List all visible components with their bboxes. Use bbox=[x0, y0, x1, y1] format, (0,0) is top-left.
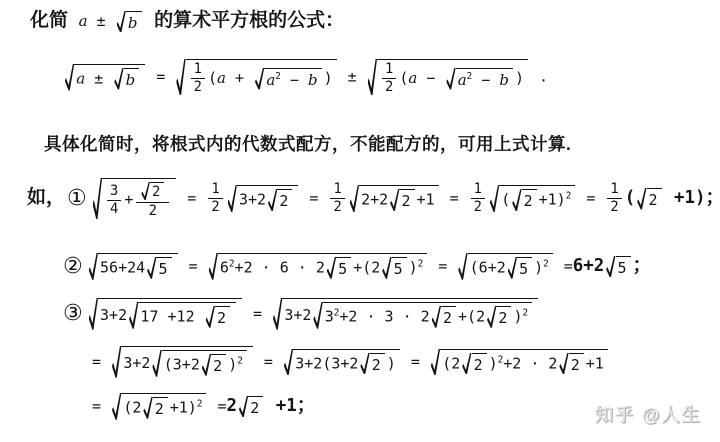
radicand: 3+217 +12 2 bbox=[98, 298, 242, 330]
math-text: ) bbox=[534, 258, 543, 276]
math-text: 2 bbox=[524, 192, 533, 210]
math-variable: b bbox=[308, 71, 318, 89]
math-text: = bbox=[555, 257, 573, 275]
sqrt-radical: 12(a + a2 − b) bbox=[176, 59, 336, 95]
math-text: ± bbox=[85, 69, 112, 87]
math-variable: b bbox=[128, 14, 138, 32]
numerator: 1 bbox=[607, 182, 621, 198]
math-text: − bbox=[281, 71, 308, 89]
math-text: − bbox=[417, 69, 444, 87]
math-text: 3+2 bbox=[284, 306, 311, 324]
fraction: 12 bbox=[330, 182, 344, 215]
sqrt-radical: 2 bbox=[360, 353, 384, 375]
math-text: = bbox=[244, 304, 271, 322]
sqrt-radical: 2 bbox=[143, 397, 167, 419]
math-text: = bbox=[92, 352, 110, 370]
sqrt-radical: a2 − b bbox=[255, 68, 322, 90]
sqrt-radical: 3+232+2 · 3 · 22+(22)2 bbox=[273, 298, 538, 330]
denominator: 2 bbox=[607, 198, 621, 215]
math-text: 2 bbox=[194, 79, 202, 95]
sqrt-radical: 2 bbox=[432, 306, 456, 328]
math-text: +1 bbox=[586, 354, 604, 372]
sqrt-radical: a ± b bbox=[65, 64, 145, 91]
example-3-line-3: = (22+1)2 =22 +1； bbox=[92, 392, 316, 421]
math-text: 2 bbox=[474, 356, 483, 374]
circled-number: ① bbox=[67, 186, 87, 211]
math-text: 2 bbox=[571, 356, 580, 374]
sqrt-radical: 17 +12 2 bbox=[129, 302, 236, 329]
sqrt-radical: 3+22 bbox=[228, 185, 299, 212]
radicand: a2 − b bbox=[264, 68, 321, 90]
math-text: 2 bbox=[401, 192, 410, 210]
math-text: ) bbox=[387, 354, 396, 372]
document-page: 化简 a ± b 的算术平方根的公式： a ± b = 12(a + a2 − … bbox=[0, 0, 720, 442]
math-text: 3+2 bbox=[100, 306, 127, 324]
sqrt-radical: 62+2 · 6 · 25+(25)2 bbox=[209, 253, 428, 280]
math-text: . bbox=[530, 68, 548, 86]
numerator: 1 bbox=[382, 62, 396, 78]
math-text: 2 bbox=[333, 199, 341, 215]
cjk-text: 的算术平方根的公式： bbox=[144, 10, 345, 31]
math-text: 2 bbox=[149, 203, 157, 219]
radicand: 3+232+2 · 3 · 22+(22)2 bbox=[282, 298, 538, 330]
radicand: 62+2 · 6 · 25+(25)2 bbox=[218, 253, 427, 280]
radicand: 2 bbox=[399, 189, 414, 211]
radicand: 56+245 bbox=[98, 253, 177, 280]
math-text: (3+2 bbox=[164, 355, 200, 373]
circled-number: ③ bbox=[63, 301, 83, 326]
math-text: = bbox=[402, 352, 429, 370]
sqrt-radical: 5 bbox=[508, 257, 532, 279]
math-text: 2 bbox=[610, 199, 618, 215]
sqrt-radical: 2 bbox=[390, 189, 414, 211]
math-text: +1) bbox=[539, 191, 566, 209]
math-text: 5 bbox=[618, 259, 627, 277]
math-text: ( bbox=[501, 191, 510, 209]
math-text: = bbox=[180, 257, 207, 275]
numerator: 1 bbox=[330, 182, 344, 198]
sqrt-radical: 2 bbox=[559, 353, 583, 375]
radicand: 2 bbox=[496, 306, 511, 328]
sqrt-radical: 2 bbox=[268, 189, 292, 211]
sqrt-radical: 12(a − a2 − b) bbox=[368, 59, 528, 95]
math-text: 56+24 bbox=[100, 258, 145, 276]
cjk-text: 化简 bbox=[30, 10, 79, 31]
radicand: 5 bbox=[517, 257, 532, 279]
radicand: 32+2 · 3 · 22+(22)2 bbox=[323, 302, 532, 329]
math-text: +(2 bbox=[353, 258, 380, 276]
radicand: 2 bbox=[647, 188, 662, 210]
math-bold-result: 6+2 bbox=[573, 256, 604, 276]
math-text: 2 bbox=[217, 309, 226, 327]
radicand: 2 bbox=[569, 353, 584, 375]
math-text: 4 bbox=[110, 201, 118, 217]
sqrt-radical: 5 bbox=[147, 257, 171, 279]
math-text: 5 bbox=[394, 260, 403, 278]
denominator: 4 bbox=[107, 200, 121, 217]
math-text: 3+2 bbox=[123, 354, 150, 372]
math-text: 2 bbox=[649, 191, 658, 209]
radicand: 17 +12 2 bbox=[138, 302, 236, 329]
radicand: 5 bbox=[156, 257, 171, 279]
sqrt-radical: 34+22 bbox=[93, 178, 177, 219]
cjk-text: ； bbox=[705, 187, 720, 208]
sqrt-radical: 5 bbox=[327, 257, 351, 279]
denominator: 2 bbox=[330, 198, 344, 215]
math-text: 5 bbox=[338, 260, 347, 278]
math-text: 2 bbox=[443, 309, 452, 327]
math-text: 3+2 bbox=[239, 191, 266, 209]
radicand: 2 bbox=[370, 353, 385, 375]
sqrt-radical: 2 bbox=[512, 189, 536, 211]
main-formula-line: a ± b = 12(a + a2 − b) ± 12(a − a2 − b) … bbox=[63, 58, 548, 96]
math-text: 2 bbox=[385, 79, 393, 95]
math-bold-result: ( bbox=[625, 188, 635, 208]
sqrt-radical: b bbox=[117, 11, 142, 33]
math-text: 2 bbox=[279, 192, 288, 210]
radicand: 2 bbox=[153, 397, 168, 419]
math-text: 1 bbox=[194, 61, 202, 77]
math-text: = bbox=[178, 189, 205, 207]
sqrt-radical: 2 bbox=[239, 396, 263, 418]
sqrt-radical: 2 bbox=[141, 182, 164, 200]
math-text: 1 bbox=[211, 181, 219, 197]
sqrt-radical: 3+2(3+22) bbox=[284, 349, 400, 376]
math-text: = bbox=[255, 352, 282, 370]
math-text: +2 · 3 · 2 bbox=[339, 307, 429, 325]
math-text: 5 bbox=[519, 260, 528, 278]
sqrt-radical: 3+217 +12 2 bbox=[89, 298, 242, 330]
radicand: 5 bbox=[392, 257, 407, 279]
math-variable: a bbox=[217, 69, 226, 87]
numerator: 2 bbox=[136, 181, 169, 202]
math-variable: a bbox=[76, 69, 85, 87]
math-text: ± bbox=[339, 68, 366, 86]
example-1-line: 如，①34+22 = 123+22 = 122+22+1 = 12(2+1)2 … bbox=[27, 177, 720, 220]
fraction: 12 bbox=[382, 62, 396, 95]
denominator: 2 bbox=[136, 202, 169, 219]
denominator: 2 bbox=[208, 198, 222, 215]
sqrt-radical: (2+1)2 bbox=[490, 185, 575, 212]
math-text: 5 bbox=[158, 260, 167, 278]
math-text: +1 bbox=[417, 191, 435, 209]
radicand: 12(a + a2 − b) bbox=[186, 59, 337, 95]
math-text: 2+2 bbox=[361, 191, 388, 209]
sqrt-radical: 32+2 · 3 · 22+(22)2 bbox=[313, 302, 532, 329]
radicand: 12(a − a2 − b) bbox=[377, 59, 528, 95]
math-text: 3 bbox=[325, 307, 334, 325]
radicand: 34+22 bbox=[102, 178, 176, 219]
fraction: 12 bbox=[208, 182, 222, 215]
paragraph: 具体化简时，将根式内的代数式配方，不能配方的，可用上式计算. bbox=[44, 131, 571, 156]
radicand: 2 bbox=[215, 306, 230, 328]
fraction: 34 bbox=[107, 184, 121, 217]
sqrt-radical: 3+2(3+22)2 bbox=[112, 346, 253, 378]
math-text: = bbox=[441, 189, 468, 207]
superscript: 2 bbox=[543, 258, 549, 269]
math-text: 2 bbox=[211, 199, 219, 215]
radicand: (2+1)2 bbox=[499, 185, 575, 212]
sqrt-radical: 5 bbox=[382, 257, 406, 279]
math-text: 6 bbox=[220, 258, 229, 276]
math-text: 2 bbox=[213, 357, 222, 375]
sqrt-radical: (3+22)2 bbox=[152, 350, 246, 377]
fraction: 12 bbox=[471, 182, 485, 215]
sqrt-radical: (22)2+2 · 22+1 bbox=[431, 349, 608, 376]
sqrt-radical: 2 bbox=[637, 188, 661, 210]
math-bold-result: 2 bbox=[227, 396, 237, 416]
math-variable: b bbox=[499, 71, 509, 89]
superscript: 2 bbox=[566, 191, 572, 202]
denominator: 2 bbox=[191, 78, 205, 95]
radicand: 2 bbox=[441, 306, 456, 328]
math-variable: a bbox=[79, 12, 88, 30]
radicand: 2 bbox=[472, 353, 487, 375]
math-text: +2 · 2 bbox=[503, 354, 557, 372]
radicand: (22)2+2 · 22+1 bbox=[440, 349, 608, 376]
cjk-text: ； bbox=[297, 395, 316, 416]
math-text: 17 +12 bbox=[140, 307, 203, 325]
math-bold-result: +1 bbox=[265, 396, 296, 416]
superscript: 2 bbox=[237, 355, 243, 366]
radicand: 2 bbox=[248, 396, 263, 418]
radicand: 2 bbox=[150, 182, 164, 200]
sqrt-radical: 56+245 bbox=[89, 253, 178, 280]
math-text: = bbox=[208, 397, 226, 415]
math-text: 1 bbox=[610, 181, 618, 197]
denominator: 2 bbox=[471, 198, 485, 215]
math-variable: b bbox=[126, 71, 136, 89]
superscript: 2 bbox=[418, 258, 424, 269]
math-text: ) bbox=[515, 69, 524, 87]
math-variable: a bbox=[266, 71, 275, 89]
sqrt-radical: 2+22+1 bbox=[350, 185, 439, 212]
title-line: 化简 a ± b 的算术平方根的公式： bbox=[30, 9, 344, 33]
cjk-text: ； bbox=[633, 255, 652, 276]
math-text: (6+2 bbox=[470, 258, 506, 276]
radicand: 2 bbox=[211, 354, 226, 376]
radicand: (3+22)2 bbox=[162, 350, 247, 377]
sqrt-radical: 2 bbox=[487, 306, 511, 328]
math-text: 2 bbox=[155, 400, 164, 418]
sqrt-radical: (6+25)2 bbox=[458, 253, 552, 280]
math-text: 2 bbox=[152, 184, 160, 200]
sqrt-radical: 2 bbox=[462, 353, 486, 375]
math-text: = bbox=[147, 68, 174, 86]
math-text: + bbox=[124, 191, 133, 209]
math-text: ± bbox=[88, 12, 115, 30]
math-text: 1 bbox=[385, 61, 393, 77]
math-text: ) bbox=[324, 69, 333, 87]
radicand: (22+1)2 bbox=[121, 393, 206, 420]
math-bold-result: +1) bbox=[664, 188, 706, 208]
math-text: 3+2(3+2 bbox=[295, 354, 358, 372]
math-text: − bbox=[472, 71, 499, 89]
math-text: 2 bbox=[474, 199, 482, 215]
fraction: 22 bbox=[136, 181, 169, 219]
math-text: = bbox=[92, 397, 110, 415]
radicand: b bbox=[126, 11, 142, 33]
math-text: 2 bbox=[498, 309, 507, 327]
example-3-line-2: = 3+2(3+22)2 = 3+2(3+22) = (22)2+2 · 22+… bbox=[92, 345, 610, 379]
math-text: = bbox=[577, 189, 604, 207]
radicand: 2+22+1 bbox=[359, 185, 438, 212]
math-text: +1) bbox=[170, 398, 197, 416]
sqrt-radical: a2 − b bbox=[446, 68, 513, 90]
fraction: 12 bbox=[607, 182, 621, 215]
fraction: 12 bbox=[191, 62, 205, 95]
math-text: 2 bbox=[250, 399, 259, 417]
radicand: 5 bbox=[336, 257, 351, 279]
math-text: = bbox=[429, 257, 456, 275]
example-3-line-1: ③3+217 +12 2 = 3+232+2 · 3 · 22+(22)2 bbox=[61, 297, 540, 331]
cjk-text: 如， bbox=[27, 187, 65, 208]
radicand: 2 bbox=[277, 189, 292, 211]
math-text: (2 bbox=[442, 354, 460, 372]
sqrt-radical: b bbox=[114, 68, 139, 90]
watermark: 知乎 @人生 bbox=[595, 401, 702, 427]
radicand: (6+25)2 bbox=[468, 253, 553, 280]
sqrt-radical: 2 bbox=[202, 354, 226, 376]
math-text: +(2 bbox=[458, 307, 485, 325]
numerator: 1 bbox=[208, 182, 222, 198]
math-text: = bbox=[300, 189, 327, 207]
radicand: 5 bbox=[616, 256, 631, 278]
radicand: 3+2(3+22) bbox=[293, 349, 400, 376]
radicand: 2 bbox=[522, 189, 537, 211]
math-text: ) bbox=[489, 354, 498, 372]
circled-number: ② bbox=[63, 254, 83, 279]
radicand: 3+2(3+22)2 bbox=[121, 346, 252, 378]
math-text: ( bbox=[208, 69, 217, 87]
math-text: ) bbox=[228, 355, 237, 373]
sqrt-radical: 5 bbox=[606, 256, 630, 278]
math-variable: a bbox=[458, 71, 467, 89]
math-text: ) bbox=[409, 258, 418, 276]
math-variable: a bbox=[408, 69, 417, 87]
radicand: a ± b bbox=[74, 64, 145, 91]
radicand: 3+22 bbox=[237, 185, 298, 212]
numerator: 1 bbox=[191, 62, 205, 78]
numerator: 1 bbox=[471, 182, 485, 198]
sqrt-radical: (22+1)2 bbox=[112, 393, 206, 420]
superscript: 2 bbox=[197, 398, 203, 409]
math-text: +2 · 6 · 2 bbox=[235, 258, 325, 276]
superscript: 2 bbox=[522, 307, 528, 318]
math-text: 1 bbox=[333, 181, 341, 197]
math-text: (2 bbox=[123, 398, 141, 416]
radicand: a2 − b bbox=[456, 68, 513, 90]
math-text: + bbox=[226, 69, 253, 87]
math-text: 3 bbox=[110, 183, 118, 199]
math-text: 1 bbox=[474, 181, 482, 197]
example-2-line: ②56+245 = 62+2 · 6 · 25+(25)2 = (6+25)2 … bbox=[61, 252, 652, 281]
denominator: 2 bbox=[382, 78, 396, 95]
math-text: ( bbox=[399, 69, 408, 87]
numerator: 3 bbox=[107, 184, 121, 200]
sqrt-radical: 2 bbox=[206, 306, 230, 328]
radicand: b bbox=[124, 68, 140, 90]
math-text: 2 bbox=[372, 356, 381, 374]
